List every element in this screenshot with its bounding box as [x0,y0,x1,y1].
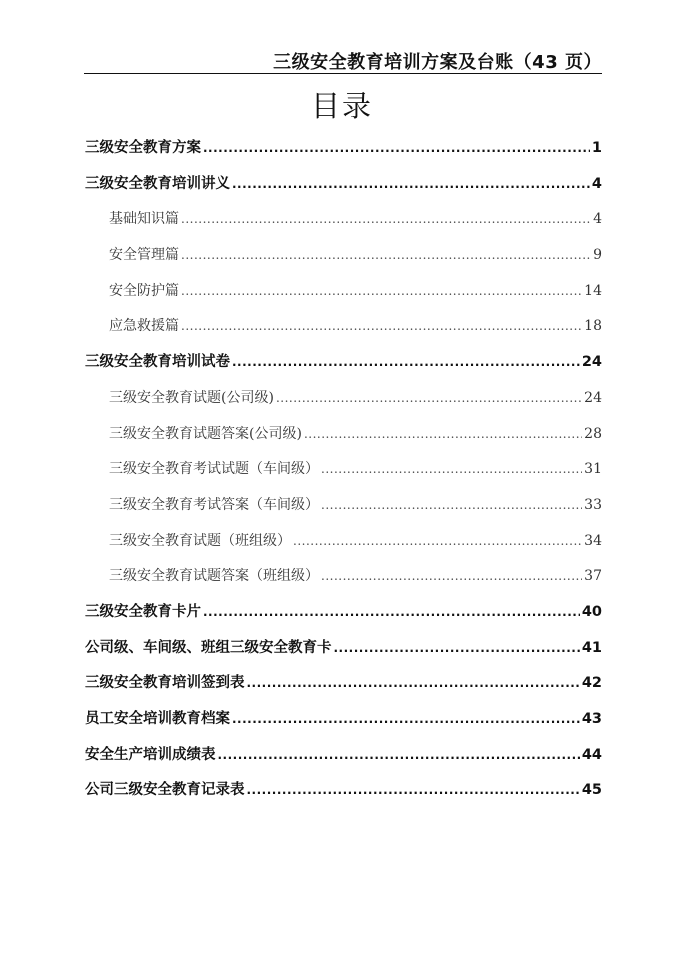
toc-entry[interactable]: 员工安全培训教育档案43 [85,707,602,743]
toc-entry-label: 三级安全教育考试试题（车间级） [109,457,319,481]
toc-entry-label: 三级安全教育卡片 [85,600,201,624]
dot-leader [203,600,580,624]
toc-subentry[interactable]: 三级安全教育试题答案（班组级）37 [85,564,602,600]
toc-entry-page: 33 [584,493,602,517]
toc-entry-label: 安全生产培训成绩表 [85,743,216,767]
document-title: 三级安全教育培训方案及台账（43 页） [270,48,602,74]
toc-entry-label: 公司级、车间级、班组三级安全教育卡 [85,636,332,660]
toc-entry-label: 三级安全教育培训试卷 [85,350,230,374]
toc-subentry[interactable]: 安全管理篇9 [85,243,602,279]
toc-entry-label: 公司三级安全教育记录表 [85,778,245,802]
toc-entry-label: 三级安全教育试题答案（班组级） [109,564,319,588]
toc-entry[interactable]: 三级安全教育方案1 [85,136,602,172]
toc-subentry[interactable]: 基础知识篇4 [85,207,602,243]
toc-entry-page: 4 [593,207,602,231]
dot-leader [247,671,580,695]
toc-entry-page: 40 [582,600,602,624]
toc-entry-label: 三级安全教育方案 [85,136,201,160]
toc-entry-page: 44 [582,743,602,767]
toc-entry-page: 28 [584,422,602,446]
toc-entry-label: 应急救援篇 [109,314,179,338]
toc-entry-page: 1 [592,136,602,160]
toc-subentry[interactable]: 三级安全教育试题（班组级）34 [85,529,602,565]
dot-leader [276,386,582,410]
toc-entry[interactable]: 安全生产培训成绩表44 [85,743,602,779]
dot-leader [181,207,591,231]
toc-entry[interactable]: 三级安全教育培训讲义4 [85,172,602,208]
toc-entry-page: 4 [592,172,602,196]
toc-entry-page: 9 [593,243,602,267]
toc-entry[interactable]: 公司三级安全教育记录表45 [85,778,602,814]
toc-entry-label: 安全防护篇 [109,279,179,303]
toc-entry-page: 31 [584,457,602,481]
dot-leader [321,564,582,588]
toc-entry[interactable]: 三级安全教育培训试卷24 [85,350,602,386]
toc-entry-page: 24 [582,350,602,374]
toc-subentry[interactable]: 应急救援篇18 [85,314,602,350]
toc-entry-label: 员工安全培训教育档案 [85,707,230,731]
dot-leader [321,493,582,517]
toc-entry-label: 三级安全教育考试答案（车间级） [109,493,319,517]
toc-entry[interactable]: 三级安全教育培训签到表42 [85,671,602,707]
toc-entry-page: 14 [584,279,602,303]
toc-entry-label: 三级安全教育试题（班组级） [109,529,291,553]
dot-leader [181,279,582,303]
toc-entry-page: 42 [582,671,602,695]
table-of-contents: 三级安全教育方案1 三级安全教育培训讲义4 基础知识篇4 安全管理篇9 安全防护… [85,136,602,814]
dot-leader [247,778,580,802]
dot-leader [232,350,580,374]
toc-subentry[interactable]: 三级安全教育考试试题（车间级）31 [85,457,602,493]
toc-entry-label: 三级安全教育培训讲义 [85,172,230,196]
toc-entry-page: 18 [584,314,602,338]
dot-leader [232,707,580,731]
toc-heading: 目录 [0,84,684,125]
dot-leader [203,136,590,160]
dot-leader [293,529,582,553]
toc-entry-page: 37 [584,564,602,588]
toc-entry-label: 安全管理篇 [109,243,179,267]
toc-entry[interactable]: 三级安全教育卡片40 [85,600,602,636]
toc-entry-label: 三级安全教育试题答案(公司级) [109,422,302,446]
dot-leader [334,636,580,660]
toc-entry-page: 34 [584,529,602,553]
dot-leader [218,743,580,767]
dot-leader [181,314,582,338]
toc-entry[interactable]: 公司级、车间级、班组三级安全教育卡41 [85,636,602,672]
toc-subentry[interactable]: 安全防护篇14 [85,279,602,315]
dot-leader [321,457,582,481]
toc-entry-page: 24 [584,386,602,410]
toc-subentry[interactable]: 三级安全教育考试答案（车间级）33 [85,493,602,529]
dot-leader [232,172,590,196]
dot-leader [304,422,582,446]
toc-entry-label: 基础知识篇 [109,207,179,231]
toc-subentry[interactable]: 三级安全教育试题(公司级)24 [85,386,602,422]
toc-subentry[interactable]: 三级安全教育试题答案(公司级)28 [85,422,602,458]
dot-leader [181,243,591,267]
toc-entry-label: 三级安全教育培训签到表 [85,671,245,695]
toc-entry-page: 41 [582,636,602,660]
toc-entry-label: 三级安全教育试题(公司级) [109,386,274,410]
toc-entry-page: 43 [582,707,602,731]
toc-entry-page: 45 [582,778,602,802]
header-divider [84,73,602,74]
